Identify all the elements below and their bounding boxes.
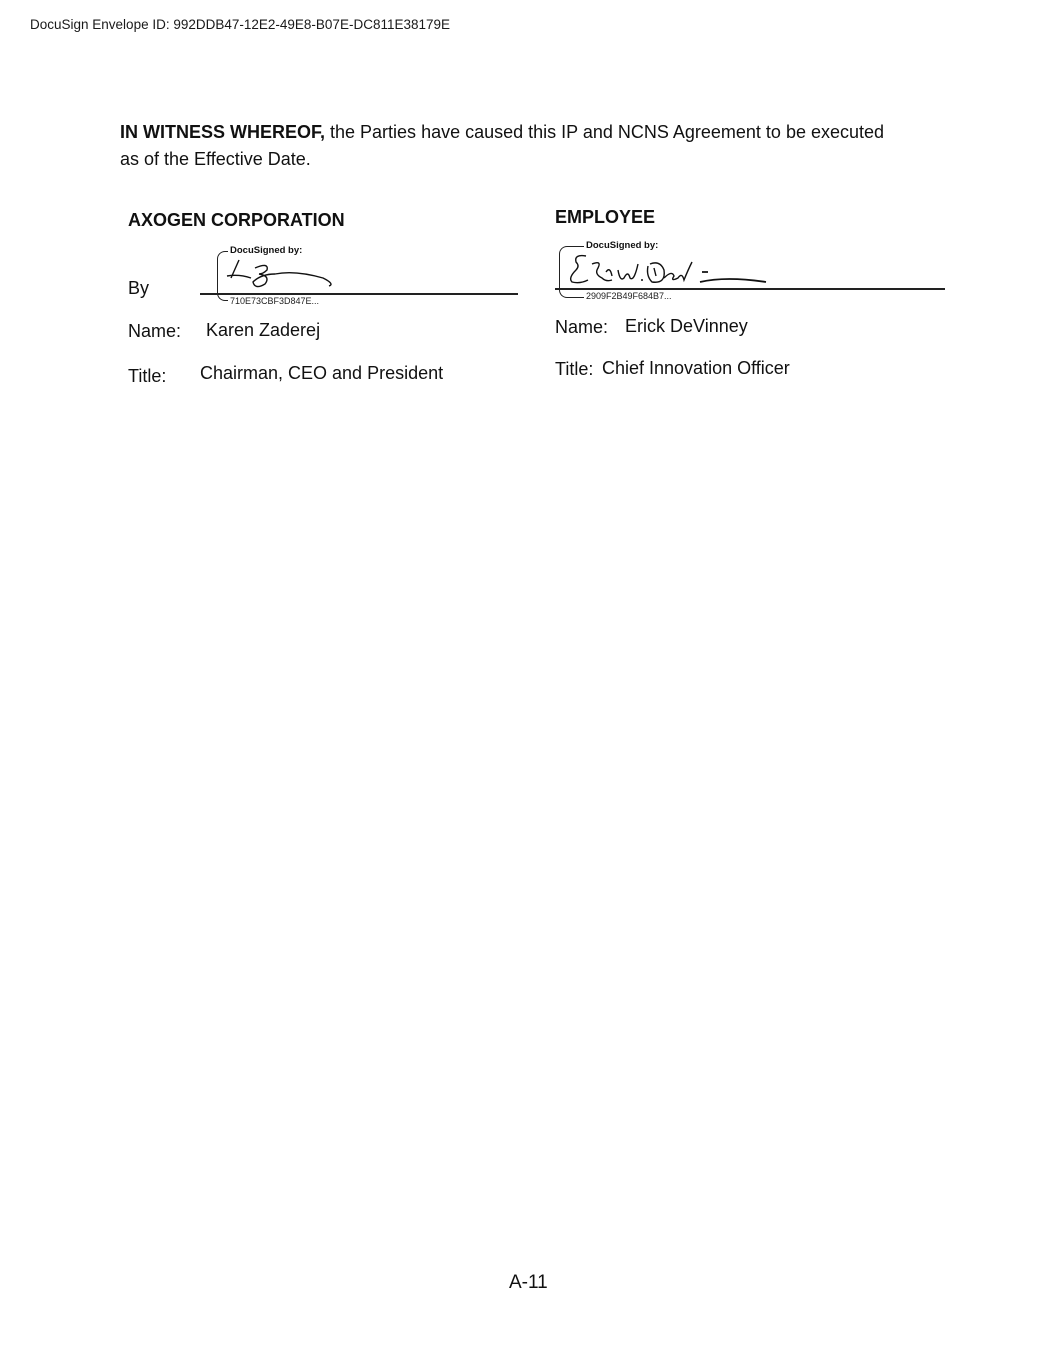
employee-title-value: Chief Innovation Officer (602, 358, 790, 379)
employee-name-value: Erick DeVinney (625, 316, 748, 337)
company-by-label: By (128, 278, 149, 299)
witness-line-2: as of the Effective Date. (120, 146, 884, 173)
employee-signature-icon (566, 252, 776, 292)
witness-clause: IN WITNESS WHEREOF, the Parties have cau… (120, 119, 884, 173)
company-party-label: AXOGEN CORPORATION (128, 210, 345, 231)
witness-lead: IN WITNESS WHEREOF, (120, 122, 325, 142)
employee-docusigned-label: DocuSigned by: (584, 240, 660, 251)
employee-signature-line (555, 288, 945, 290)
employee-title-label: Title: (555, 359, 593, 380)
witness-line-1: IN WITNESS WHEREOF, the Parties have cau… (120, 119, 884, 146)
company-signature-icon (225, 258, 345, 294)
company-signature-line (200, 293, 518, 295)
employee-party-label: EMPLOYEE (555, 207, 655, 228)
witness-text-1: the Parties have caused this IP and NCNS… (325, 122, 884, 142)
company-title-label: Title: (128, 366, 166, 387)
employee-name-label: Name: (555, 317, 608, 338)
company-name-value: Karen Zaderej (206, 320, 320, 341)
employee-signature-id: 2909F2B49F684B7... (584, 291, 674, 301)
docusign-envelope-id: DocuSign Envelope ID: 992DDB47-12E2-49E8… (30, 17, 450, 32)
company-title-value: Chairman, CEO and President (200, 363, 443, 384)
page-number: A-11 (509, 1272, 548, 1294)
company-signature-id: 710E73CBF3D847E... (228, 296, 321, 306)
company-name-label: Name: (128, 321, 181, 342)
company-docusigned-label: DocuSigned by: (228, 245, 304, 256)
